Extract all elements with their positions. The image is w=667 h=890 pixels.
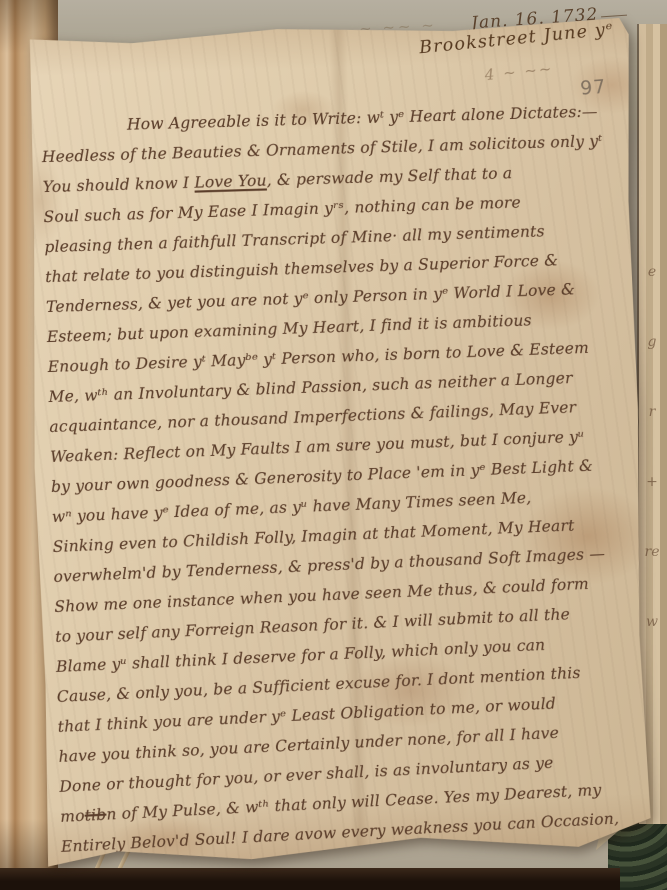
letter-text-segment: tib [84, 806, 107, 825]
letter-sheet: Brookstreet June yᵉ 4 ~ ~~ 97 How Agreea… [22, 18, 651, 869]
edge-ink-fragment: re [645, 544, 660, 560]
edge-ink-fragment: w [646, 614, 658, 630]
letter-text-segment: , & perswade my Self that to a [266, 164, 512, 189]
letter-text-segment: mo [60, 807, 85, 826]
letter-heading-fragment: 4 ~ ~~ [484, 59, 554, 84]
letter-text-segment: Love You [194, 171, 267, 191]
letter-heading-place-date: Brookstreet June yᵉ [419, 19, 616, 58]
table-surface [0, 868, 620, 890]
edge-ink-fragment: g [648, 334, 657, 350]
photograph-of-manuscript-letter: ~ ~~ ~ Jan. 16. 1732 egr+rew Brookstreet… [0, 0, 667, 890]
letter-text-segment: You should know I [42, 174, 194, 197]
edge-ink-fragment: r [649, 404, 656, 420]
letter-body-text: How Agreeable is it to Write: wᵗ yᵉ Hear… [41, 96, 644, 862]
edge-ink-fragment: + [646, 474, 658, 490]
letter-sheet-wrapper: Brookstreet June yᵉ 4 ~ ~~ 97 How Agreea… [22, 18, 651, 869]
edge-ink-fragment: e [648, 264, 656, 280]
